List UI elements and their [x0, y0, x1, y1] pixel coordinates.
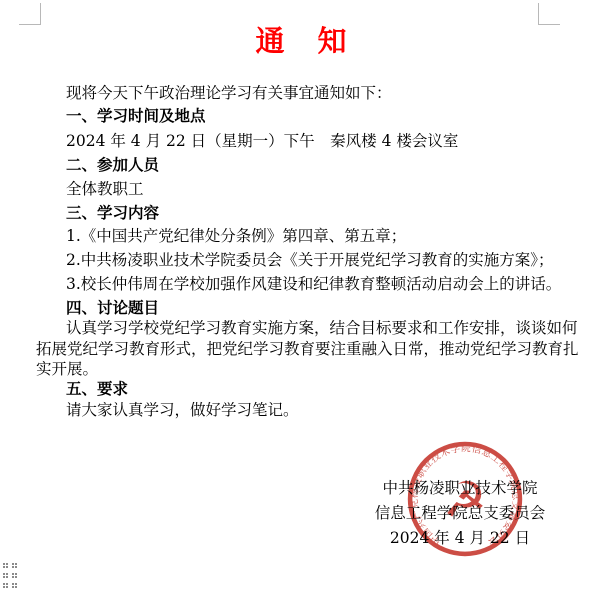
dot-marker	[3, 583, 8, 588]
section-5-heading: 五、要求	[66, 380, 128, 398]
dot-grid-marker	[3, 563, 17, 588]
requirement-line: 请大家认真学习，做好学习笔记。	[66, 401, 299, 419]
section-3-heading: 三、学习内容	[66, 204, 159, 222]
intro-line: 现将今天下午政治理论学习有关事宜通知如下：	[66, 84, 392, 102]
signature-date: 2024 年 4 月 22 日	[330, 526, 590, 551]
corner-mark-line	[538, 3, 539, 25]
notice-document-page: 通 知 现将今天下午政治理论学习有关事宜通知如下： 一、学习时间及地点 2024…	[0, 0, 608, 602]
content-item-1: 1.《中国共产党纪律处分条例》第四章、第五章；	[66, 227, 406, 245]
discussion-line-3: 实开展。	[36, 360, 98, 378]
content-item-3: 3.校长仲伟周在学校加强作风建设和纪律教育整顿活动启动会上的讲话。	[66, 275, 561, 293]
section-4-heading: 四、讨论题目	[66, 299, 159, 317]
dot-marker	[12, 583, 17, 588]
page-title: 通 知	[36, 24, 568, 58]
signature-org-line-1: 中共杨凌职业技术学院	[330, 476, 590, 501]
signature-org-line-2: 信息工程学院总支委员会	[330, 501, 590, 526]
dot-marker	[12, 563, 17, 568]
discussion-line-2: 拓展党纪学习教育形式，把党纪学习教育要注重融入日常，推动党纪学习教育扎	[36, 340, 579, 358]
corner-mark-line	[40, 3, 41, 25]
section-1-heading: 一、学习时间及地点	[66, 107, 206, 125]
dot-marker	[12, 573, 17, 578]
content-item-2: 2.中共杨凌职业技术学院委员会《关于开展党纪学习教育的实施方案》；	[66, 251, 554, 269]
section-2-heading: 二、参加人员	[66, 156, 159, 174]
discussion-line-1: 认真学习学校党纪学习教育实施方案，结合目标要求和工作安排，谈谈如何	[66, 319, 578, 337]
signature-block: 中共杨凌职业技术学院 信息工程学院总支委员会 2024 年 4 月 22 日	[330, 476, 590, 551]
time-place-line: 2024 年 4 月 22 日（星期一）下午 秦风楼 4 楼会议室	[66, 132, 458, 150]
participants-line: 全体教职工	[66, 180, 144, 198]
dot-marker	[3, 573, 8, 578]
dot-marker	[3, 563, 8, 568]
